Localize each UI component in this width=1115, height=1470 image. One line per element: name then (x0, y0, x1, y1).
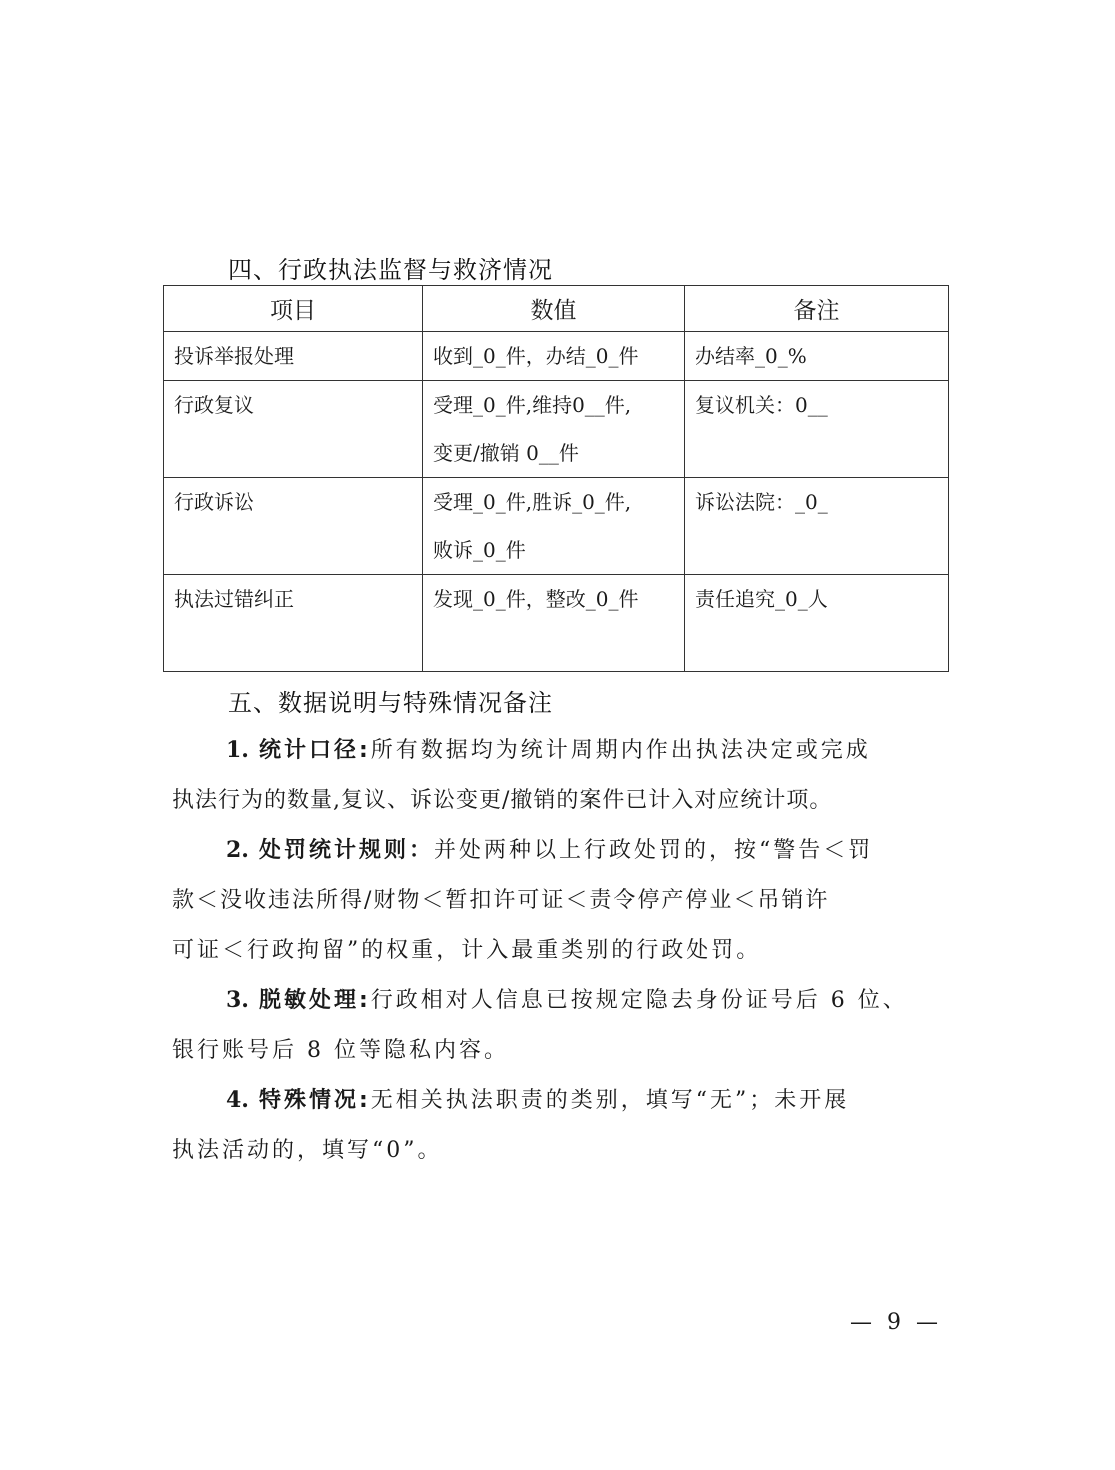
note-item-1: 1. 统计口径:所有数据均为统计周期内作出执法决定或完成 执法行为的数量,复议、… (172, 725, 952, 826)
note-item-4: 4. 特殊情况:无相关执法职责的类别，填写“无”；未开展 执法活动的，填写“0”… (172, 1075, 952, 1176)
section-4-heading: 四、行政执法监督与救济情况 (228, 250, 553, 285)
supervision-relief-table: 项目 数值 备注 投诉举报处理 收到_0_件，办结_0_件 办结率_0_% 行政… (163, 285, 949, 672)
note-text: 所有数据均为统计周期内作出执法决定或完成 (371, 738, 871, 763)
note-number: 1. (226, 737, 249, 763)
note-label: 处罚统计规则： (259, 838, 434, 863)
cell-value: 受理_0_件,胜诉_0_件, 败诉_0_件 (423, 478, 685, 575)
note-label: 脱敏处理: (259, 988, 371, 1013)
cell-note: 诉讼法院：_0_ (685, 478, 949, 575)
note-text: 可证＜行政拘留”的权重，计入最重类别的行政处罚。 (172, 926, 952, 976)
table-row: 行政诉讼 受理_0_件,胜诉_0_件, 败诉_0_件 诉讼法院：_0_ (164, 478, 949, 575)
cell-item: 行政复议 (164, 381, 423, 478)
header-value: 数值 (423, 286, 685, 332)
section-5-heading: 五、数据说明与特殊情况备注 (228, 683, 553, 718)
table-row: 投诉举报处理 收到_0_件，办结_0_件 办结率_0_% (164, 332, 949, 381)
cell-item: 执法过错纠正 (164, 575, 423, 672)
note-number: 4. (226, 1087, 249, 1113)
cell-value: 发现_0_件，整改_0_件 (423, 575, 685, 672)
note-text: 并处两种以上行政处罚的，按“警告＜罚 (434, 838, 873, 863)
table-row: 行政复议 受理_0_件,维持0__件, 变更/撤销 0__件 复议机关：0__ (164, 381, 949, 478)
note-text: 执法活动的，填写“0”。 (172, 1126, 952, 1176)
cell-note: 复议机关：0__ (685, 381, 949, 478)
table-header-row: 项目 数值 备注 (164, 286, 949, 332)
note-item-2: 2. 处罚统计规则：并处两种以上行政处罚的，按“警告＜罚 款＜没收违法所得/财物… (172, 825, 952, 976)
cell-item: 行政诉讼 (164, 478, 423, 575)
cell-note: 办结率_0_% (685, 332, 949, 381)
header-item: 项目 (164, 286, 423, 332)
cell-item: 投诉举报处理 (164, 332, 423, 381)
cell-value: 受理_0_件,维持0__件, 变更/撤销 0__件 (423, 381, 685, 478)
note-text: 款＜没收违法所得/财物＜暂扣许可证＜责令停产停业＜吊销许 (172, 876, 952, 926)
note-item-3: 3. 脱敏处理:行政相对人信息已按规定隐去身份证号后 6 位、 银行账号后 8 … (172, 975, 952, 1076)
note-label: 统计口径: (259, 738, 371, 763)
note-text: 银行账号后 8 位等隐私内容。 (172, 1026, 952, 1076)
page-number: — 9 — (850, 1310, 942, 1335)
note-text: 执法行为的数量,复议、诉讼变更/撤销的案件已计入对应统计项。 (172, 776, 952, 826)
note-text: 行政相对人信息已按规定隐去身份证号后 6 位、 (371, 988, 908, 1013)
note-text: 无相关执法职责的类别，填写“无”；未开展 (371, 1088, 850, 1113)
cell-note: 责任追究_0_人 (685, 575, 949, 672)
note-label: 特殊情况: (259, 1088, 371, 1113)
note-number: 2. (226, 837, 249, 863)
header-note: 备注 (685, 286, 949, 332)
table-row: 执法过错纠正 发现_0_件，整改_0_件 责任追究_0_人 (164, 575, 949, 672)
cell-value: 收到_0_件，办结_0_件 (423, 332, 685, 381)
note-number: 3. (226, 987, 249, 1013)
